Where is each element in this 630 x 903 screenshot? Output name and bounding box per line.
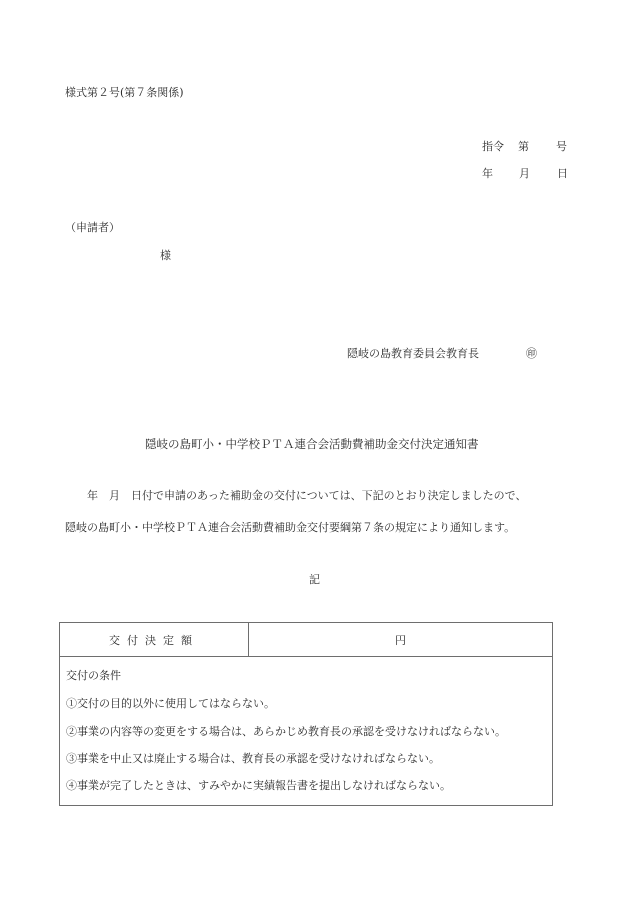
amount-unit: 円	[395, 632, 406, 648]
directive-label: 指令	[482, 141, 504, 152]
recipient-honorific: 様	[160, 250, 171, 261]
body-text-line-2: 隠岐の島町小・中学校ＰＴＡ連合会活動費補助金交付要綱第７条の規定により通知します…	[65, 522, 515, 533]
amount-row: 交付決定額 円	[60, 623, 552, 657]
conditions-heading: 交付の条件	[66, 670, 121, 681]
date-month: 月	[519, 167, 530, 180]
date-day: 日	[557, 167, 568, 180]
amount-label: 交付決定額	[60, 623, 249, 656]
seal-mark: ㊞	[526, 348, 537, 359]
amount-value: 円	[249, 623, 552, 656]
condition-item: ③事業を中止又は廃止する場合は、教育長の承認を受けなければならない。	[66, 753, 440, 764]
directive-go: 号	[556, 141, 567, 152]
condition-item: ①交付の目的以外に使用してはならない。	[66, 698, 275, 709]
body-text-line-1: 年 月 日付で申請のあった補助金の交付については、下記のとおり決定しましたので、	[65, 490, 526, 501]
applicant-label: （申請者）	[65, 222, 120, 233]
document-title: 隠岐の島町小・中学校ＰＴＡ連合会活動費補助金交付決定通知書	[145, 439, 479, 451]
directive-dai: 第	[518, 141, 529, 152]
issue-date-line: 年月日	[482, 168, 568, 179]
form-number-label: 様式第２号(第７条関係)	[65, 87, 184, 98]
condition-item: ②事業の内容等の変更をする場合は、あらかじめ教育長の承認を受けなければならない。	[66, 726, 506, 737]
issuer-name: 隠岐の島教育委員会教育長	[347, 348, 479, 359]
directive-number-line: 指令第号	[482, 141, 567, 152]
grant-decision-table: 交付決定額 円 交付の条件 ①交付の目的以外に使用してはならない。 ②事業の内容…	[59, 622, 553, 806]
date-year: 年	[482, 167, 493, 180]
condition-item: ④事業が完了したときは、すみやかに実績報告書を提出しなければならない。	[66, 780, 451, 791]
ki-heading: 記	[309, 574, 320, 585]
